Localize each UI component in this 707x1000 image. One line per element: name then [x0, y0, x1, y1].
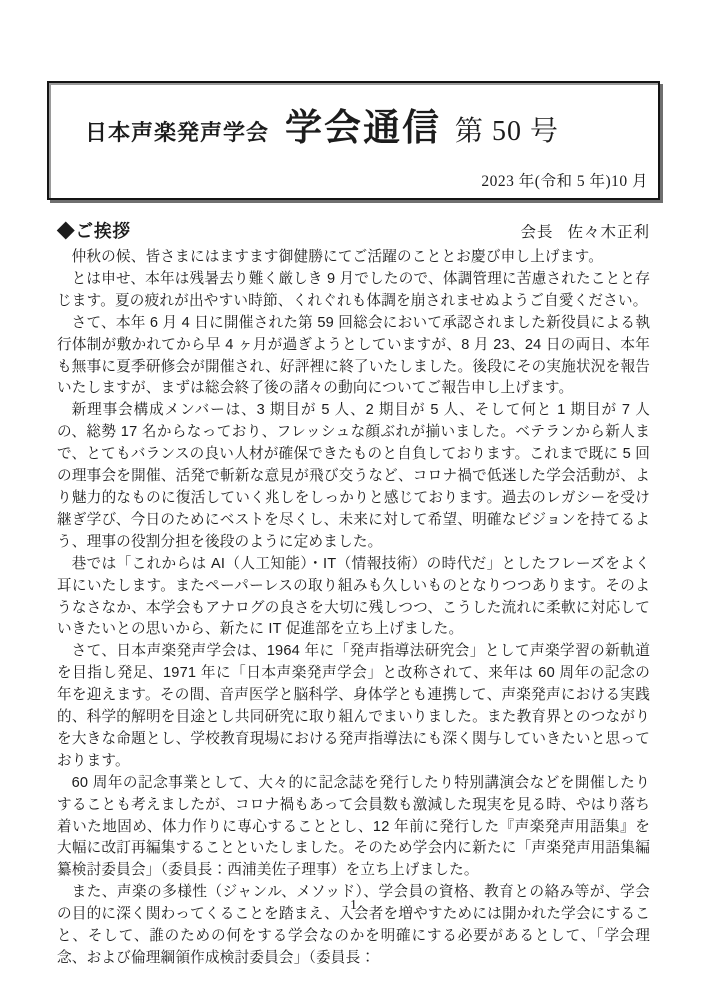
section-heading-greeting: ◆ご挨拶: [57, 218, 131, 243]
author-line: 会長佐々木正利: [520, 220, 650, 242]
greeting-paragraph: 仲秋の候、皆さまにはますます御健勝にてご活躍のこととお慶び申し上げます。: [57, 247, 650, 269]
greeting-heading-row: ◆ご挨拶 会長佐々木正利: [57, 218, 650, 243]
greeting-paragraph: また、声楽の多様性（ジャンル、メソッド）、学会員の資格、教育との絡み等が、学会の…: [57, 882, 650, 970]
greeting-paragraph: 60 周年の記念事業として、大々的に記念誌を発行したり特別講演会などを開催したり…: [57, 773, 650, 883]
issue-date: 2023 年(令和 5 年)10 月: [481, 169, 648, 191]
masthead-box: 日本声楽発声学会 学会通信 第 50 号 2023 年(令和 5 年)10 月: [47, 81, 660, 200]
society-name: 日本声楽発声学会: [85, 116, 269, 147]
newsletter-title: 学会通信: [285, 97, 441, 151]
newsletter-page: 日本声楽発声学会 学会通信 第 50 号 2023 年(令和 5 年)10 月 …: [0, 0, 707, 1000]
greeting-paragraph: さて、本年 6 月 4 日に開催された第 59 回総会において承認されました新役…: [57, 313, 650, 401]
issue-number: 第 50 号: [455, 109, 559, 149]
greeting-body: 仲秋の候、皆さまにはますます御健勝にてご活躍のこととお慶び申し上げます。 とは申…: [57, 247, 650, 970]
greeting-paragraph: とは申せ、本年は残暑去り難く厳しき 9 月でしたので、体調管理に苦慮されたことと…: [57, 269, 650, 313]
greeting-paragraph: さて、日本声楽発声学会は、1964 年に「発声指導法研究会」として声楽学習の新軌…: [57, 641, 650, 772]
greeting-paragraph: 巷では「これからは AI（人工知能）・IT（情報技術）の時代だ」としたフレーズを…: [57, 554, 650, 642]
page-number: 1: [0, 898, 707, 914]
author-name: 佐々木正利: [567, 224, 650, 241]
author-title: 会長: [520, 224, 553, 241]
masthead-title-row: 日本声楽発声学会 学会通信 第 50 号: [85, 97, 559, 151]
greeting-paragraph: 新理事会構成メンバーは、3 期目が 5 人、2 期目が 5 人、そして何と 1 …: [57, 400, 650, 553]
